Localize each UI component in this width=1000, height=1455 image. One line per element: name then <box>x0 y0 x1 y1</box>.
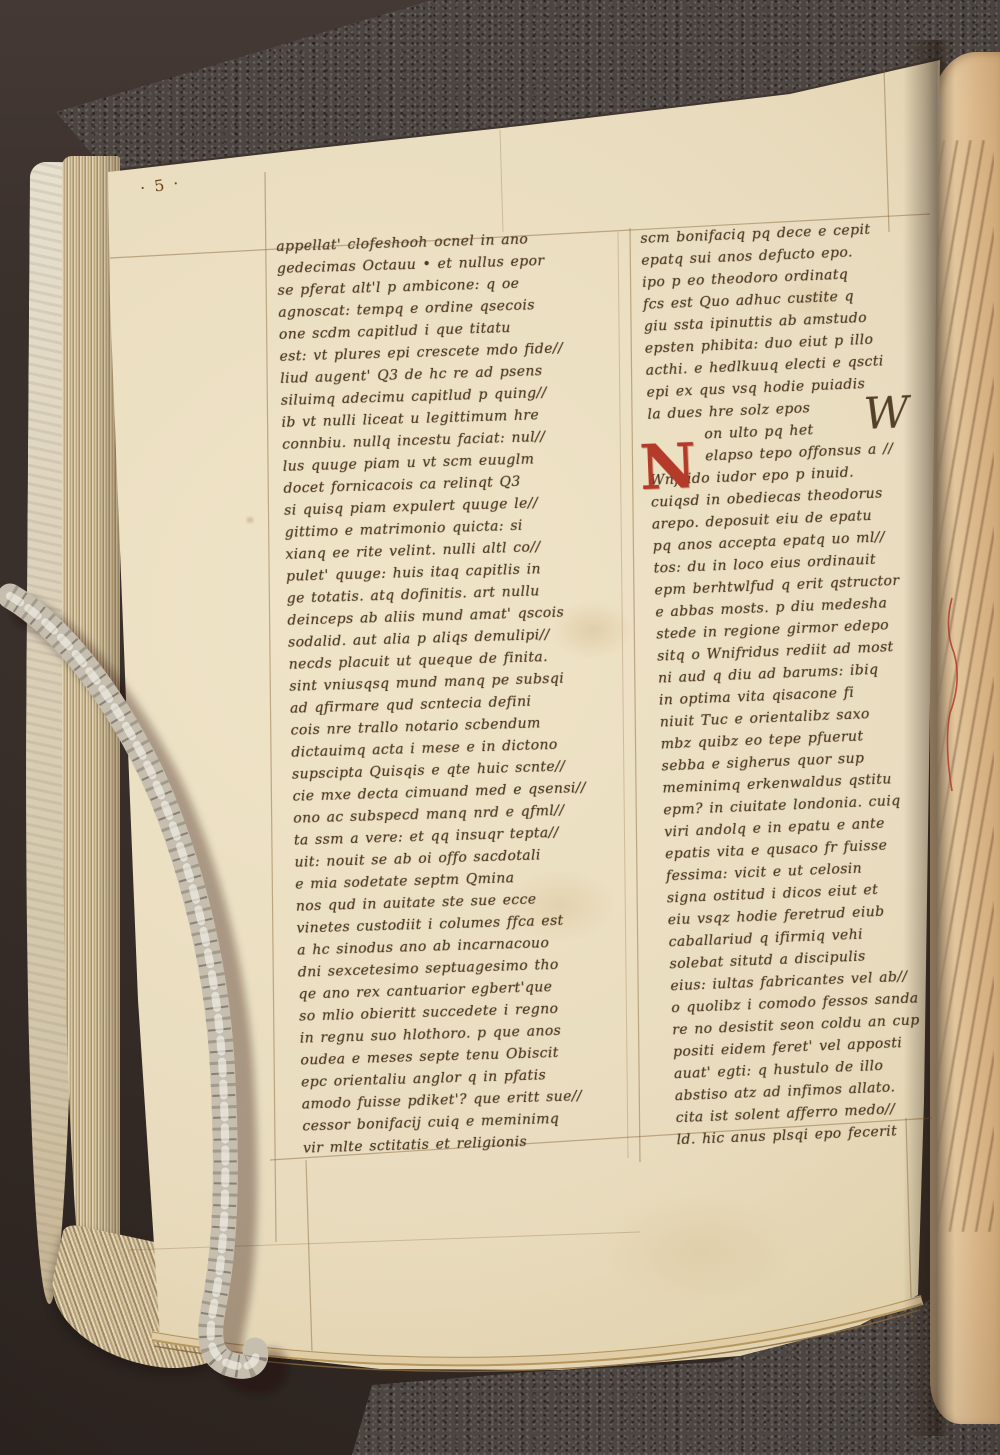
gutter-shadow <box>903 40 955 1436</box>
manuscript-photo: · 5 · appellat' clofeshooh ocnel in anog… <box>0 0 1000 1455</box>
rubricated-initial: N <box>639 438 698 496</box>
text-column-1: appellat' clofeshooh ocnel in anogedecim… <box>276 226 651 1160</box>
